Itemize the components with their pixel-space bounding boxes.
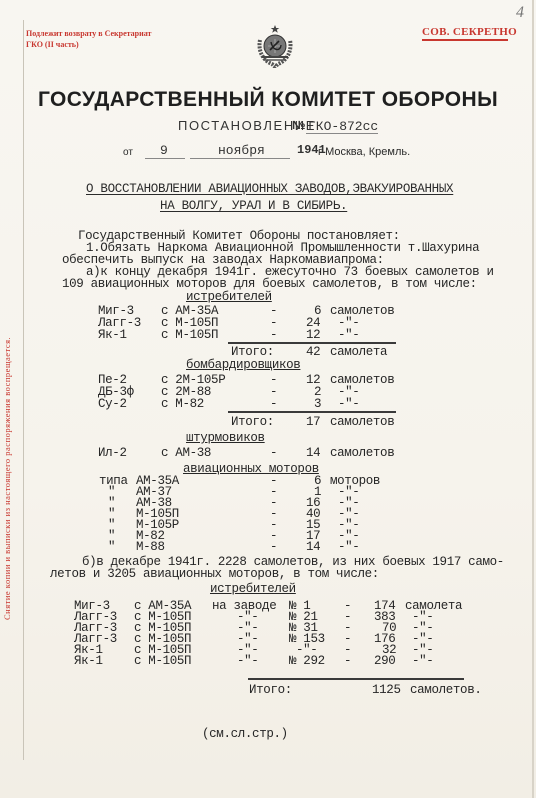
document-page: Подлежит возврату в Секретариат ГКО (II … xyxy=(0,0,536,798)
daily-engines-heading: авиационных моторов xyxy=(183,463,319,476)
binding-line xyxy=(23,20,24,760)
unit-cell: -"- xyxy=(412,655,433,668)
organization-title: ГОСУДАРСТВЕННЫЙ КОМИТЕТ ОБОРОНЫ xyxy=(0,88,536,112)
total-unit: самолетов. xyxy=(410,684,482,697)
daily-fighters-heading: истребителей xyxy=(186,291,272,304)
plant-cell: № 292 xyxy=(289,655,325,668)
decree-number: ГКО-872сс xyxy=(308,119,378,134)
daily-attack-heading: штурмовиков xyxy=(186,432,265,445)
page-number: 4 xyxy=(516,4,524,22)
dash-cell: - xyxy=(270,398,277,411)
return-note-line1: Подлежит возврату в Секретариат xyxy=(26,29,151,38)
total-label: Итого: xyxy=(249,684,292,697)
date-day-underline xyxy=(145,158,185,159)
dash-cell: - xyxy=(344,655,351,668)
engine-cell: М-88 xyxy=(136,541,165,554)
continued-note: (см.сл.стр.) xyxy=(202,728,288,741)
qty-cell: 12 xyxy=(306,329,320,342)
total-value: 42 xyxy=(306,346,320,359)
subject-line2: НА ВОЛГУ, УРАЛ И В СИБИРЬ. xyxy=(160,199,347,213)
prefix-cell: " xyxy=(108,541,115,554)
side-restriction-note: Снятие копии и выписки из настоящего рас… xyxy=(2,337,12,620)
total-rule xyxy=(248,678,464,680)
engine-cell: с М-105П xyxy=(134,655,191,668)
total-value: 1125 xyxy=(372,684,401,697)
total-value: 17 xyxy=(306,416,320,429)
total-rule xyxy=(228,342,396,344)
monthly-fighters-heading: истребителей xyxy=(210,583,296,596)
classification-stamp: СОВ. СЕКРЕТНО xyxy=(422,26,517,38)
total-unit: самолета xyxy=(330,346,387,359)
return-note-line2: ГКО (II часть) xyxy=(26,40,79,49)
total-unit: самолетов xyxy=(330,416,394,429)
date-prefix: от xyxy=(123,147,133,158)
engine-cell: с АМ-38 xyxy=(161,447,211,460)
decree-number-underline xyxy=(306,133,378,134)
qty-cell: 3 xyxy=(314,398,321,411)
dash-cell: - xyxy=(270,329,277,342)
qty-cell: 290 xyxy=(374,655,395,668)
page-edge xyxy=(532,0,534,798)
return-note: Подлежит возврату в Секретариат ГКО (II … xyxy=(26,28,151,50)
date-month: ноября xyxy=(218,143,265,158)
aircraft-cell: Як-1 xyxy=(74,655,103,668)
daily-bombers-heading: бомбардировщиков xyxy=(186,359,300,372)
unit-cell: самолетов xyxy=(330,447,394,460)
total-label: Итого: xyxy=(231,416,274,429)
subject-line1: О ВОССТАНОВЛЕНИИ АВИАЦИОННЫХ ЗАВОДОВ,ЭВА… xyxy=(86,182,453,196)
unit-cell: -"- xyxy=(338,329,359,342)
decree-number-sign: № xyxy=(292,118,305,132)
engine-cell: с М-105П xyxy=(161,329,218,342)
classification-underline xyxy=(422,39,508,41)
date-month-underline xyxy=(190,158,290,159)
aircraft-cell: Су-2 xyxy=(98,398,127,411)
qty-cell: 14 xyxy=(306,447,320,460)
dash-cell: - xyxy=(270,447,277,460)
unit-cell: -"- xyxy=(338,541,359,554)
total-label: Итого: xyxy=(231,346,274,359)
aircraft-cell: Як-1 xyxy=(98,329,127,342)
date-place: г Москва, Кремль. xyxy=(318,146,410,158)
aircraft-cell: Ил-2 xyxy=(98,447,127,460)
section-b-line2: летов и 3205 авиационных моторов, в том … xyxy=(50,568,379,581)
unit-cell: -"- xyxy=(338,398,359,411)
total-rule xyxy=(228,411,396,413)
ussr-emblem-icon xyxy=(254,24,296,68)
section-a-line2: 109 авиационных моторов для боевых самол… xyxy=(62,278,477,291)
engine-cell: с М-82 xyxy=(161,398,204,411)
date-day: 9 xyxy=(160,143,168,158)
qty-cell: 14 xyxy=(306,541,320,554)
plant-label-cell: -"- xyxy=(237,655,258,668)
dash-cell: - xyxy=(270,541,277,554)
